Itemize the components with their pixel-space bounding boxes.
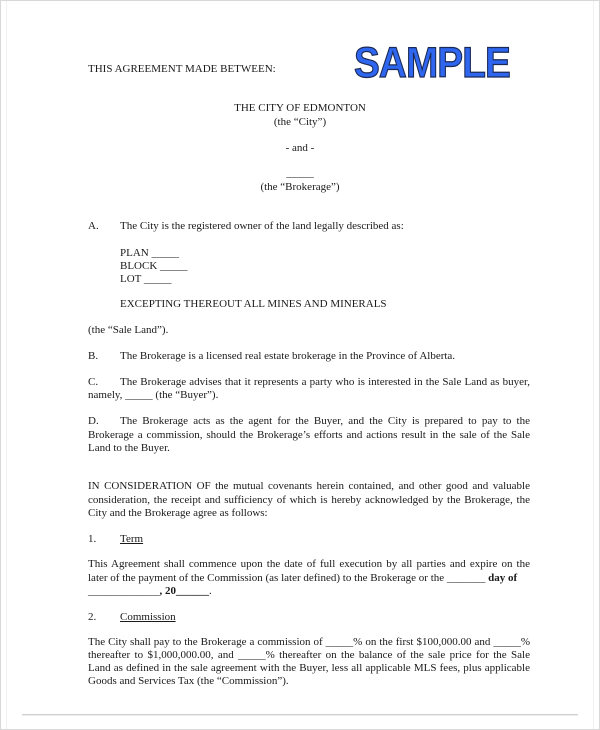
land-block: BLOCK _____ <box>120 259 188 273</box>
recital-b-text: The Brokerage is a licensed real estate … <box>120 349 455 363</box>
section-1-year: , 20______ <box>160 585 210 597</box>
section-1-body: This Agreement shall commence upon the d… <box>88 558 530 584</box>
section-2-number: 2. <box>88 610 96 624</box>
recital-d-label: D. <box>88 415 120 429</box>
recital-d-text: The Brokerage acts as the agent for the … <box>88 415 530 454</box>
land-exception: EXCEPTING THEREOUT ALL MINES AND MINERAL… <box>120 297 387 311</box>
recital-d: D.The Brokerage acts as the agent for th… <box>88 415 530 456</box>
sample-watermark: SAMPLE <box>354 40 510 86</box>
section-1-text: This Agreement shall commence upon the d… <box>88 558 530 599</box>
sale-land-alias: (the “Sale Land”). <box>88 323 168 337</box>
section-2-title: Commission <box>120 610 176 624</box>
recital-b-label: B. <box>88 349 98 363</box>
section-2-text: The City shall pay to the Brokerage a co… <box>88 636 530 688</box>
page-bottom-rule <box>22 714 578 715</box>
section-1-number: 1. <box>88 532 96 546</box>
recital-c-label: C. <box>88 376 120 389</box>
party2-blank: _____ <box>0 166 600 180</box>
section-1-end: . <box>209 585 212 597</box>
recital-c-text: The Brokerage advises that it represents… <box>88 376 530 401</box>
land-plan: PLAN _____ <box>120 246 179 260</box>
party2-alias: (the “Brokerage”) <box>0 180 600 194</box>
land-lot: LOT _____ <box>120 272 171 286</box>
recital-c: C.The Brokerage advises that it represen… <box>88 376 530 402</box>
recital-a-label: A. <box>88 219 99 233</box>
party1-alias: (the “City”) <box>0 115 600 129</box>
section-1-title: Term <box>120 532 143 546</box>
agreement-heading: THIS AGREEMENT MADE BETWEEN: <box>88 62 276 76</box>
recital-a-text: The City is the registered owner of the … <box>120 219 404 233</box>
section-1-month-blank: _____________ <box>88 585 160 597</box>
party-separator: - and - <box>0 141 600 155</box>
section-1-day-of: day of <box>488 572 517 584</box>
consideration-clause: IN CONSIDERATION OF the mutual covenants… <box>88 480 530 521</box>
party1-name: THE CITY OF EDMONTON <box>0 101 600 115</box>
